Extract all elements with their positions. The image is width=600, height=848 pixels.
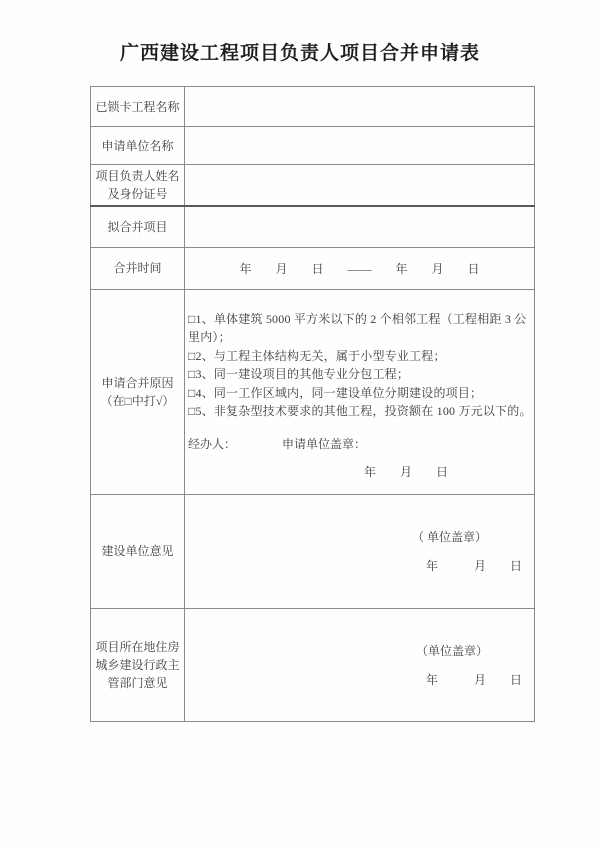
merge-reason-label: 申请合并原因 （在□中打√） [91,289,185,494]
merge-time-value-field: 年 月 日 —— 年 月 日 [185,247,535,289]
merge-reason-label-line2: （在□中打√） [95,392,180,410]
handler-label: 经办人： [188,437,236,451]
table-row-manager: 项目负责人姓名 及身份证号 [91,165,535,207]
manager-label: 项目负责人姓名 及身份证号 [91,165,185,207]
reason-option-4: □4、同一工作区域内，同一建设单位分期建设的项目； [188,384,532,403]
table-row-proposed-merge: 拟合并项目 [91,206,535,247]
seal-block: （单位盖章） 年 月 日 [416,642,531,688]
table-row-applicant-unit: 申请单位名称 [91,127,535,165]
authority-opinion-field: （单位盖章） 年 月 日 [185,608,535,721]
merge-reason-label-line1: 申请合并原因 [95,374,180,392]
locked-project-value-field [185,87,535,127]
application-form-table: 已锁卡工程名称 申请单位名称 项目负责人姓名 及身份证号 拟合并项目 合并时间 [90,86,535,722]
reason-date-placeholder: 年 月 日 [364,463,532,482]
table-row-construction-unit-opinion: 建设单位意见 （ 单位盖章） 年 月 日 [91,494,535,608]
proposed-merge-label: 拟合并项目 [91,206,185,247]
table-row-locked-project: 已锁卡工程名称 [91,87,535,127]
applicant-unit-label: 申请单位名称 [91,127,185,165]
document-page: 广西建设工程项目负责人项目合并申请表 已锁卡工程名称 申请单位名称 项目负责人姓… [0,0,600,848]
reason-option-1: □1、单体建筑 5000 平方米以下的 2 个相邻工程（工程相距 3 公里内）； [188,310,532,347]
manager-label-line2: 及身份证号 [95,185,180,203]
unit-seal-placeholder: （单位盖章） [416,642,531,659]
opinion-date-placeholder: 年 月 日 [426,671,531,688]
handler-seal-line: 经办人：申请单位盖章： [188,435,532,454]
applicant-seal-label: 申请单位盖章： [282,437,366,451]
construction-unit-opinion-label: 建设单位意见 [91,494,185,608]
table-row-authority-opinion: 项目所在地住房 城乡建设行政主 管部门意见 （单位盖章） 年 月 日 [91,608,535,721]
merge-time-label: 合并时间 [91,247,185,289]
table-row-merge-time: 合并时间 年 月 日 —— 年 月 日 [91,247,535,289]
unit-seal-placeholder: （ 单位盖章） [412,528,531,545]
construction-unit-opinion-field: （ 单位盖章） 年 月 日 [185,494,535,608]
authority-opinion-label: 项目所在地住房 城乡建设行政主 管部门意见 [91,608,185,721]
proposed-merge-value-field [185,206,535,247]
manager-label-line1: 项目负责人姓名 [95,167,180,185]
table-row-merge-reason: 申请合并原因 （在□中打√） □1、单体建筑 5000 平方米以下的 2 个相邻… [91,289,535,494]
manager-value-field [185,165,535,207]
reason-option-2: □2、与工程主体结构无关，属于小型专业工程； [188,347,532,366]
authority-label-line1: 项目所在地住房 [95,638,180,656]
authority-label-line2: 城乡建设行政主 [95,656,180,674]
seal-block: （ 单位盖章） 年 月 日 [412,528,531,574]
applicant-unit-value-field [185,127,535,165]
merge-reason-value-field: □1、单体建筑 5000 平方米以下的 2 个相邻工程（工程相距 3 公里内）；… [185,289,535,494]
authority-label-line3: 管部门意见 [95,674,180,692]
opinion-date-placeholder: 年 月 日 [426,557,531,574]
reason-option-3: □3、同一建设项目的其他专业分包工程； [188,365,532,384]
locked-project-label: 已锁卡工程名称 [91,87,185,127]
reason-option-5: □5、非复杂型技术要求的其他工程，投资额在 100 万元以下的。 [188,402,532,421]
page-title: 广西建设工程项目负责人项目合并申请表 [0,38,600,65]
